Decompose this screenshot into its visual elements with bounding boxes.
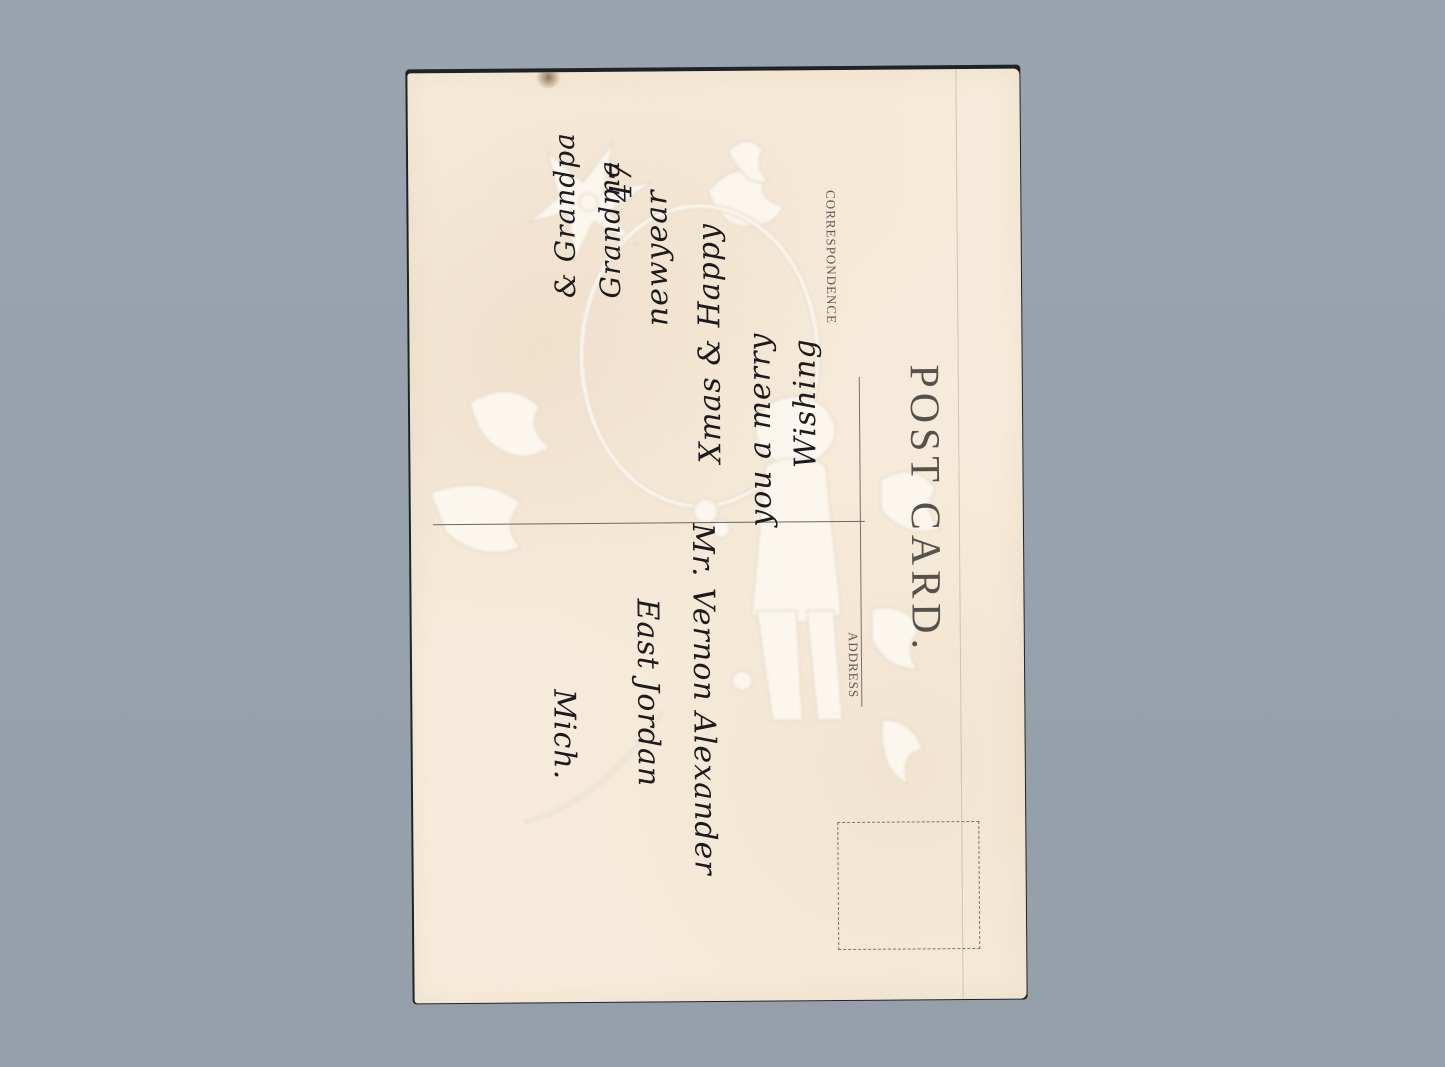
address-label: ADDRESS bbox=[845, 632, 862, 698]
message-line: you a merry bbox=[742, 333, 779, 527]
message-line: & Grandpa bbox=[548, 132, 582, 298]
message-line: Wishing bbox=[787, 338, 823, 468]
stamp-placeholder-box bbox=[837, 821, 980, 950]
postcard: POST CARD. CORRESPONDENCE ADDRESS Wishin… bbox=[407, 69, 1026, 1004]
address-line-town: East Jordan bbox=[629, 598, 665, 787]
address-line-name: Mr. Vernon Alexander bbox=[685, 523, 723, 876]
correspondence-label: CORRESPONDENCE bbox=[822, 190, 839, 324]
message-corner-note: 47 bbox=[604, 162, 639, 202]
address-line-state: Mich. bbox=[546, 689, 582, 780]
message-line: newyear bbox=[639, 189, 675, 326]
post-card-title: POST CARD. bbox=[900, 364, 950, 654]
message-line: Xmas & Happy bbox=[692, 223, 729, 464]
